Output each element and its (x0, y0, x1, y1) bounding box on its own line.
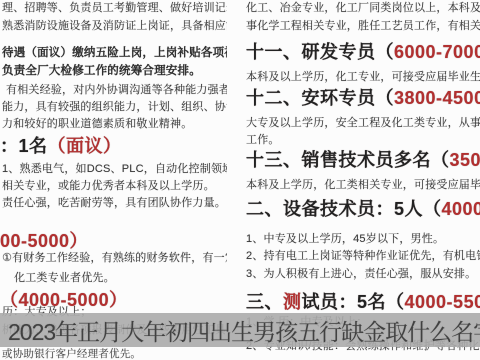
text-line: 化工、冶金专业，化工厂同类岗位以上，本科及上学 (246, 2, 480, 15)
text-part: 或协助银行客户经理者优先。 (2, 348, 141, 360)
text-part: ：1名 (0, 136, 48, 156)
text-part: 本科及上学历，化工类相关专业，可接受应届毕业生。 (246, 179, 480, 191)
text-part: 二、设备技术员：5人（ (246, 199, 442, 219)
salary-text: 4000-5500 (442, 199, 480, 219)
text-part: 化工、冶金专业，化工厂同类岗位以上，本科及上学 (246, 2, 480, 14)
text-part: 1、熟悉电气，如DCS、PLC，自动化控制领域有多 (2, 163, 227, 175)
text-part: 理、招聘等、负责员工考勤管理、做好培训记录等。 (2, 2, 227, 14)
job-heading: 十三、销售技术员多名（3500-5500） (246, 150, 480, 171)
text-part: 熟悉消防设施设备及消防证上岗证，具备相应能力。 (2, 20, 227, 32)
text-part: 3、为人积极有上进心，责任心强，服从安排。 (246, 268, 476, 280)
text-line: 或协助银行客户经理者优先。 (2, 348, 141, 360)
text-line: 待遇（面议）缴纳五险上岗，上岗补贴各项福利待遇 (2, 47, 227, 60)
text-line: 理、招聘等、负责员工考勤管理、做好培训记录等。 (2, 2, 227, 15)
text-part: 十二、安环专员（ (246, 88, 394, 108)
text-part: ①有财务工作经验，有熟练的财务软件，有一定 (2, 252, 227, 264)
text-part: 十三、销售技术员多名（ (246, 150, 450, 170)
text-line: 本科及以上学历，化工专业，可接受应届毕业生等。 (246, 71, 480, 84)
text-part: 责任心强，吃苦耐劳等，具有团队协作力量。 (2, 197, 226, 209)
text-part: 相关专业，或能力优秀者本科及以上学历。 (2, 180, 215, 192)
text-part: 十一、研发专员（ (246, 42, 394, 62)
text-line: 熟悉消防设施设备及消防证上岗证，具备相应能力。 (2, 20, 227, 33)
job-heading: 十一、研发专员（6000-7000） (246, 42, 480, 63)
salary-text: 3500-5500 (450, 150, 480, 170)
left-text-column: 理、招聘等、负责员工考勤管理、做好培训记录等。熟悉消防设施设备及消防证上岗证，具… (0, 0, 227, 360)
right-text-column: 化工、冶金专业，化工厂同类岗位以上，本科及上学事化学工程相关专业，胜任工艺员工作… (246, 0, 480, 360)
text-line: 1、熟悉电气，如DCS、PLC，自动化控制领域有多 (2, 163, 227, 176)
text-part: 1、中专及以上学历，45岁以下，男性。 (246, 233, 444, 245)
salary-text: 测 (283, 292, 302, 312)
text-part: 试员：5名（ (302, 292, 405, 312)
salary-text: 00-5000） (0, 231, 88, 251)
caption-text: 2023年正月大年初四出生男孩五行缺金取什么名字 (0, 314, 480, 347)
text-part: 能力，具有较强的组织能力，计划、组织、协调能 (2, 101, 227, 113)
text-line: 负责全厂大检修工作的统筹合理安排。 (2, 65, 201, 78)
salary-text: 3800-4500 (394, 88, 480, 108)
text-part: 事化学工程相关专业，胜任工艺员工作，有相关经验。 (246, 20, 480, 32)
job-heading: ：1名（面议） (0, 136, 122, 157)
text-line: 大专及以上学历，安全工程及化工类专业，从事相关 (246, 117, 480, 130)
salary-text: （面议） (48, 136, 122, 156)
job-heading: 00-5000） (0, 231, 88, 252)
text-line: 力和较好的职业道德素质和敬业精神。 (2, 118, 192, 131)
text-part: 2、持有电工上岗证等特种作业证优先，有机电钳工工作 (246, 250, 480, 262)
text-line: 化工类专业者优先。 (14, 272, 115, 285)
job-heading: 三、测试员：5名（4000-5500） (246, 292, 480, 313)
salary-text: 4000-5500 (405, 292, 480, 312)
text-line: ①有财务工作经验，有熟练的财务软件，有一定 (2, 252, 227, 265)
text-part: 负责全厂大检修工作的统筹合理安排。 (2, 65, 201, 77)
text-line: 本科及上学历，化工类相关专业，可接受应届毕业生。 (246, 179, 480, 192)
text-line: 2、持有电工上岗证等特种作业证优先，有机电钳工工作 (246, 250, 480, 263)
text-line: 1、中专及以上学历，45岁以下，男性。 (246, 233, 444, 246)
text-part: 力和较好的职业道德素质和敬业精神。 (2, 118, 192, 130)
text-line: 有相关经验，对内外协调沟通等各种能力强者不限专业 (6, 84, 227, 97)
job-heading: 十二、安环专员（3800-4500 可面谈） (246, 88, 480, 109)
text-line: 工作。 (246, 134, 280, 147)
text-line: 3、为人积极有上进心，责任心强，服从安排。 (246, 268, 476, 281)
text-part: 待遇（面议）缴纳五险上岗，上岗补贴各项福利待遇 (2, 47, 227, 59)
salary-text: 6000-7000 (394, 42, 480, 62)
text-line: 责任心强，吃苦耐劳等，具有团队协作力量。 (2, 197, 226, 210)
text-part: 有相关经验，对内外协调沟通等各种能力强者不限专业 (6, 84, 227, 96)
text-part: 三、 (246, 292, 283, 312)
text-line: 能力，具有较强的组织能力，计划、组织、协调能 (2, 101, 227, 114)
caption-overlay: 2023年正月大年初四出生男孩五行缺金取什么名字 (0, 313, 480, 347)
text-part: 大专及以上学历，安全工程及化工类专业，从事相关 (246, 117, 480, 129)
text-line: 事化学工程相关专业，胜任工艺员工作，有相关经验。 (246, 20, 480, 33)
text-part: 本科及以上学历，化工专业，可接受应届毕业生等。 (246, 71, 480, 83)
text-part: 工作。 (246, 134, 280, 146)
text-part: 化工类专业者优先。 (14, 272, 115, 284)
text-line: 相关专业，或能力优秀者本科及以上学历。 (2, 180, 215, 193)
recruitment-poster: 理、招聘等、负责员工考勤管理、做好培训记录等。熟悉消防设施设备及消防证上岗证，具… (0, 0, 480, 360)
job-heading: 二、设备技术员：5人（4000-5500） (246, 199, 480, 220)
